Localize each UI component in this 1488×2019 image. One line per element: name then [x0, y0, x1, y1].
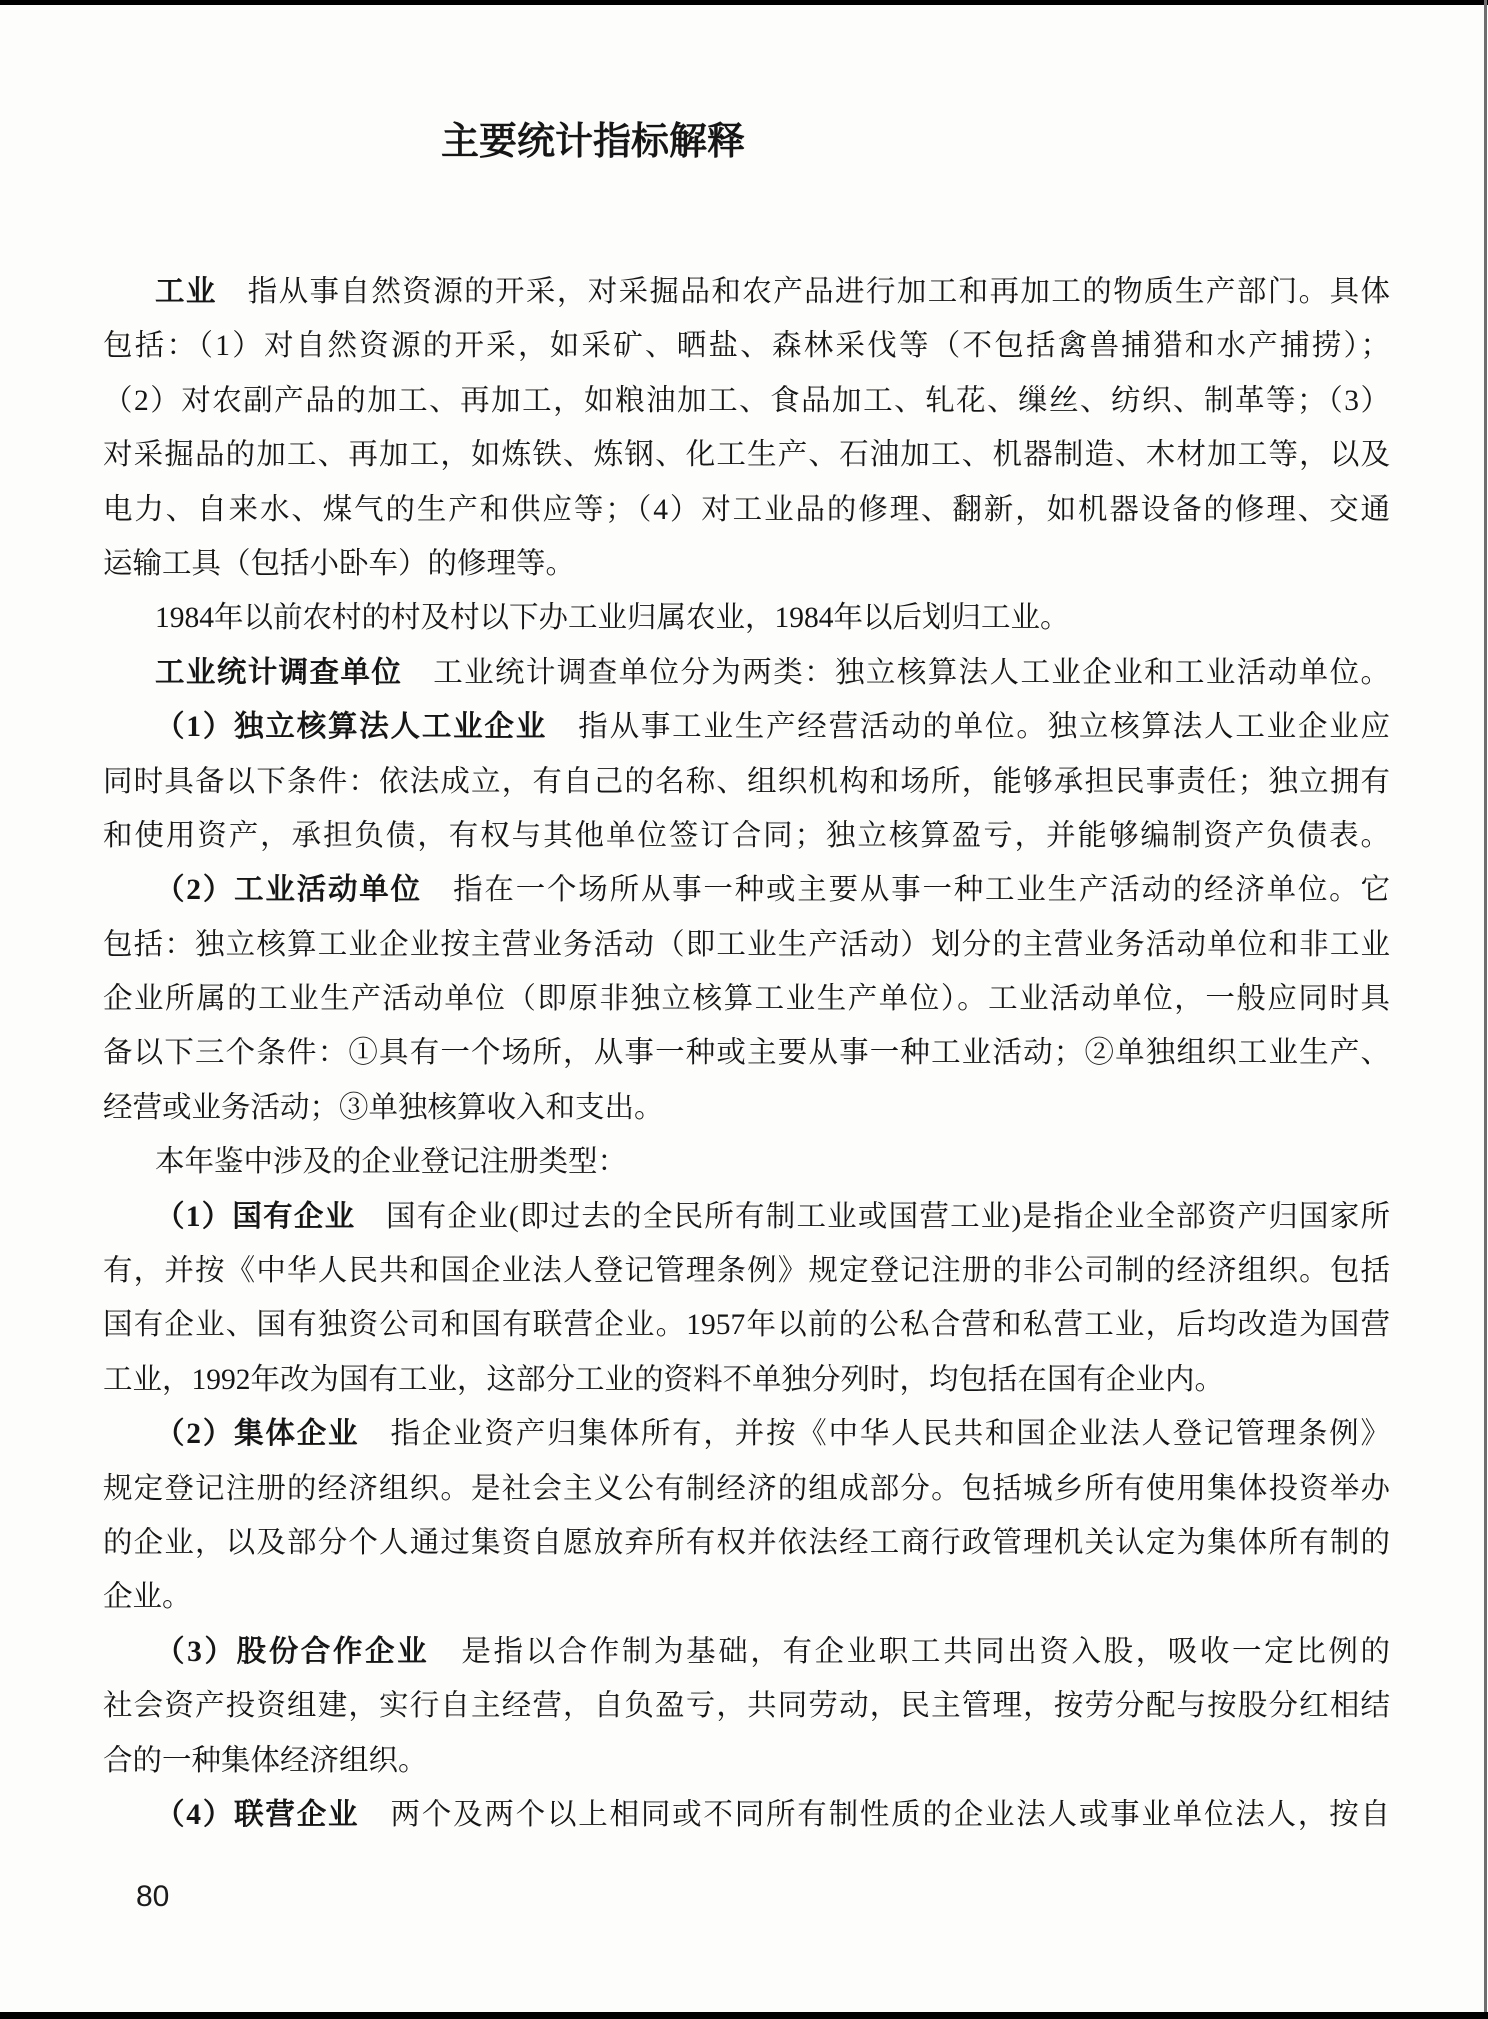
term-bold: 工业: [155, 276, 217, 308]
text-line: 规定登记注册的经济组织。是社会主义公有制经济的组成部分。包括城乡所有使用集体投资…: [103, 1462, 1390, 1516]
text-line: （1）独立核算法人工业企业 指从事工业生产经营活动的单位。独立核算法人工业企业应: [103, 700, 1390, 754]
text-line: （1）国有企业 国有企业(即过去的全民所有制工业或国营工业)是指企业全部资产归国…: [103, 1190, 1390, 1244]
text-line: 国有企业、国有独资公司和国有联营企业。1957年以前的公私合营和私营工业，后均改…: [103, 1298, 1390, 1352]
text-line: 企业所属的工业生产活动单位（即原非独立核算工业生产单位）。工业活动单位，一般应同…: [103, 972, 1390, 1026]
text-line: 工业，1992年改为国有工业，这部分工业的资料不单独分列时，均包括在国有企业内。: [103, 1353, 1390, 1407]
scanned-page: 主要统计指标解释 工业 指从事自然资源的开采，对采掘品和农产品进行加工和再加工的…: [0, 0, 1488, 2019]
text-line: （2）工业活动单位 指在一个场所从事一种或主要从事一种工业生产活动的经济单位。它: [103, 863, 1390, 917]
term-bold: （4）联营企业: [155, 1799, 359, 1831]
text-line: 包括：（1）对自然资源的开采，如采矿、晒盐、森林采伐等（不包括禽兽捕猎和水产捕捞…: [103, 319, 1390, 373]
body-text: 工业 指从事自然资源的开采，对采掘品和农产品进行加工和再加工的物质生产部门。具体…: [103, 265, 1390, 1842]
text-line: 工业统计调查单位 工业统计调查单位分为两类：独立核算法人工业企业和工业活动单位。: [103, 646, 1390, 700]
text-line: 的企业，以及部分个人通过集资自愿放弃所有权并依法经工商行政管理机关认定为集体所有…: [103, 1516, 1390, 1570]
text-line: 和使用资产，承担负债，有权与其他单位签订合同；独立核算盈亏，并能够编制资产负债表…: [103, 809, 1390, 863]
term-bold: （2）集体企业: [155, 1418, 359, 1450]
term-bold: （3）股份合作企业: [155, 1636, 429, 1668]
text-line: 电力、自来水、煤气的生产和供应等；（4）对工业品的修理、翻新，如机器设备的修理、…: [103, 483, 1390, 537]
page-number: 80: [136, 1880, 169, 1914]
text-line: 工业 指从事自然资源的开采，对采掘品和农产品进行加工和再加工的物质生产部门。具体: [103, 265, 1390, 319]
term-bold: （1）国有企业: [155, 1201, 355, 1233]
page-title: 主要统计指标解释: [441, 110, 745, 165]
text-line: 运输工具（包括小卧车）的修理等。: [103, 537, 1390, 591]
text-line: 合的一种集体经济组织。: [103, 1734, 1390, 1788]
text-line: 有，并按《中华人民共和国企业法人登记管理条例》规定登记注册的非公司制的经济组织。…: [103, 1244, 1390, 1298]
text-line: 备以下三个条件：①具有一个场所，从事一种或主要从事一种工业活动；②单独组织工业生…: [103, 1026, 1390, 1080]
text-line: 经营或业务活动；③单独核算收入和支出。: [103, 1081, 1390, 1135]
text-line: 同时具备以下条件：依法成立，有自己的名称、组织机构和场所，能够承担民事责任；独立…: [103, 755, 1390, 809]
text-line: 包括：独立核算工业企业按主营业务活动（即工业生产活动）划分的主营业务活动单位和非…: [103, 918, 1390, 972]
scan-edge-top: [0, 0, 1488, 5]
term-bold: （1）独立核算法人工业企业: [155, 711, 547, 743]
text-line: （3）股份合作企业 是指以合作制为基础，有企业职工共同出资入股，吸收一定比例的: [103, 1625, 1390, 1679]
text-line: （4）联营企业 两个及两个以上相同或不同所有制性质的企业法人或事业单位法人，按自: [103, 1788, 1390, 1842]
text-line: 对采掘品的加工、再加工，如炼铁、炼钢、化工生产、石油加工、机器制造、木材加工等，…: [103, 428, 1390, 482]
term-bold: （2）工业活动单位: [155, 874, 422, 906]
text-line: 1984年以前农村的村及村以下办工业归属农业，1984年以后划归工业。: [103, 591, 1390, 645]
text-line: 社会资产投资组建，实行自主经营，自负盈亏，共同劳动，民主管理，按劳分配与按股分红…: [103, 1679, 1390, 1733]
scan-edge-bottom: [0, 2012, 1488, 2019]
term-bold: 工业统计调查单位: [155, 657, 402, 689]
text-line: 企业。: [103, 1570, 1390, 1624]
text-line: （2）集体企业 指企业资产归集体所有，并按《中华人民共和国企业法人登记管理条例》: [103, 1407, 1390, 1461]
text-line: 本年鉴中涉及的企业登记注册类型：: [103, 1135, 1390, 1189]
text-line: （2）对农副产品的加工、再加工，如粮油加工、食品加工、轧花、缫丝、纺织、制革等；…: [103, 374, 1390, 428]
scan-edge-right: [1484, 0, 1487, 2019]
